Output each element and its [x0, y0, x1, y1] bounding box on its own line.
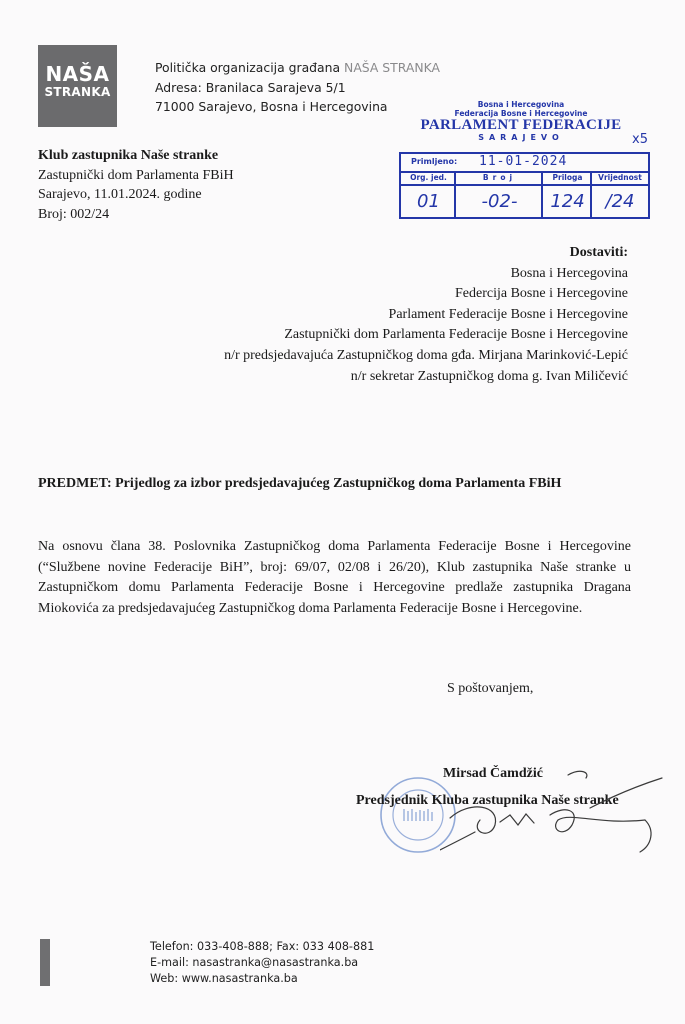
footer-email: E-mail: nasastranka@nasastranka.ba	[150, 955, 374, 971]
received-date: 11-01-2024	[479, 154, 567, 169]
stamp-line-1: Bosna i Hercegovina	[395, 100, 647, 109]
recipient-item: n/r sekretar Zastupničkog doma g. Ivan M…	[224, 367, 628, 388]
logo-line-1: NAŠA	[38, 62, 117, 86]
recipient-item: Bosna i Hercegovina	[224, 264, 628, 285]
org-brand: NAŠA STRANKA	[344, 60, 440, 75]
subject-line: PREDMET: Prijedlog za izbor predsjedavaj…	[38, 476, 561, 492]
recipients-block: Dostaviti: Bosna i Hercegovina Federcija…	[224, 243, 628, 387]
sender-number: Broj: 002/24	[38, 205, 234, 225]
stamp-value-number: -02-	[456, 188, 543, 218]
footer-phone-fax: Telefon: 033-408-888; Fax: 033 408-881	[150, 939, 374, 955]
stamp-value-org: 01	[401, 188, 456, 218]
stamp-header-attachments: Priloga	[543, 171, 592, 186]
copies-note: x5	[632, 132, 648, 147]
stamp-line-4: SARAJEVO	[395, 133, 647, 143]
address-line-1: Adresa: Branilaca Sarajeva 5/1	[155, 78, 440, 98]
sender-place-date: Sarajevo, 11.01.2024. godine	[38, 185, 234, 205]
letter-body: Na osnovu člana 38. Poslovnika Zastupnič…	[38, 537, 631, 620]
stamp-header-org: Org. jed.	[401, 171, 456, 186]
party-logo: NAŠA STRANKA	[38, 45, 117, 127]
sender-block: Klub zastupnika Naše stranke Zastupnički…	[38, 146, 234, 224]
stamp-header-value: Vrijednost	[592, 171, 648, 186]
recipient-item: Federcija Bosne i Hercegovine	[224, 284, 628, 305]
recipient-item: n/r predsjedavajuća Zastupničkog doma gđ…	[224, 346, 628, 367]
stamp-value-value: /24	[592, 188, 648, 218]
stamp-header-number: Broj	[456, 171, 543, 186]
handwritten-signature-icon	[440, 770, 665, 870]
received-label: Primljeno:	[411, 157, 457, 166]
closing-regards: S poštovanjem,	[447, 681, 533, 697]
org-line: Politička organizacija građana NAŠA STRA…	[155, 58, 440, 78]
stamp-line-3: PARLAMENT FEDERACIJE	[395, 118, 647, 133]
sender-club: Klub zastupnika Naše stranke	[38, 146, 234, 166]
stamp-value-attachments: 124	[543, 188, 592, 218]
footer-contact: Telefon: 033-408-888; Fax: 033 408-881 E…	[150, 939, 374, 987]
receipt-stamp-header: Bosna i Hercegovina Federacija Bosne i H…	[395, 100, 647, 143]
recipient-item: Parlament Federacije Bosne i Hercegovine	[224, 305, 628, 326]
org-prefix: Politička organizacija građana	[155, 60, 340, 75]
footer-accent-bar	[40, 939, 50, 986]
recipient-item: Zastupnički dom Parlamenta Federacije Bo…	[224, 325, 628, 346]
footer-web: Web: www.nasastranka.ba	[150, 971, 374, 987]
recipients-title: Dostaviti:	[224, 243, 628, 264]
receipt-stamp-box: Primljeno: 11-01-2024 Org. jed. Broj Pri…	[399, 152, 650, 219]
logo-line-2: STRANKA	[38, 85, 117, 99]
sender-house: Zastupnički dom Parlamenta FBiH	[38, 166, 234, 186]
